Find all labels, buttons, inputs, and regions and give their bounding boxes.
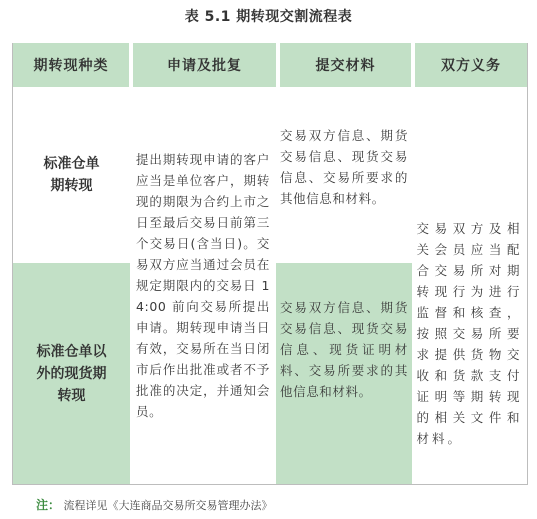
header-application-approval: 申请及批复 [133, 43, 276, 87]
header-materials: 提交材料 [280, 43, 411, 87]
row2-type-line3: 转现 [37, 385, 107, 407]
row1-type-label: 标准仓单 期转现 [44, 153, 100, 197]
table-title: 表 5.1 期转现交割流程表 [0, 6, 537, 26]
row2-type-label: 标准仓单以 外的现货期 转现 [37, 341, 107, 407]
row1-type-line2: 期转现 [44, 175, 100, 197]
row1-materials-cell: 交易双方信息、期货交易信息、现货交易信息、交易所要求的其他信息和材料。 [276, 87, 412, 263]
header-obligations: 双方义务 [415, 43, 527, 87]
row1-materials-text: 交易双方信息、期货交易信息、现货交易信息、交易所要求的其他信息和材料。 [280, 125, 408, 209]
application-approval-text: 提出期转现申请的客户应当是单位客户，期转现的期限为合约上市之日至最后交易日前第三… [136, 149, 270, 422]
row1-type-cell: 标准仓单 期转现 [13, 87, 130, 263]
obligations-text: 交易双方及相关会员应当配合交易所对期转现行为进行监督和核查，按照交易所要求提供货… [417, 218, 523, 449]
row2-type-line2: 外的现货期 [37, 363, 107, 385]
note-text: 流程详见《大连商品交易所交易管理办法》 [64, 499, 273, 512]
obligations-cell: 交易双方及相关会员应当配合交易所对期转现行为进行监督和核查，按照交易所要求提供货… [412, 87, 527, 484]
header-type: 期转现种类 [13, 43, 129, 87]
row2-type-cell: 标准仓单以 外的现货期 转现 [13, 263, 130, 484]
row2-type-line1: 标准仓单以 [37, 341, 107, 363]
application-approval-cell: 提出期转现申请的客户应当是单位客户，期转现的期限为合约上市之日至最后交易日前第三… [130, 87, 276, 484]
futures-to-cash-delivery-table: 期转现种类 申请及批复 提交材料 双方义务 标准仓单 期转现 标准仓单以 外的现… [12, 43, 528, 485]
row1-type-line1: 标准仓单 [44, 153, 100, 175]
note-label: 注： [36, 498, 60, 512]
row2-materials-cell: 交易双方信息、期货交易信息、现货交易信息、现货证明材料、交易所要求的其他信息和材… [276, 263, 412, 484]
footnote: 注： 流程详见《大连商品交易所交易管理办法》 [36, 496, 273, 513]
row2-materials-text: 交易双方信息、期货交易信息、现货交易信息、现货证明材料、交易所要求的其他信息和材… [280, 297, 408, 402]
